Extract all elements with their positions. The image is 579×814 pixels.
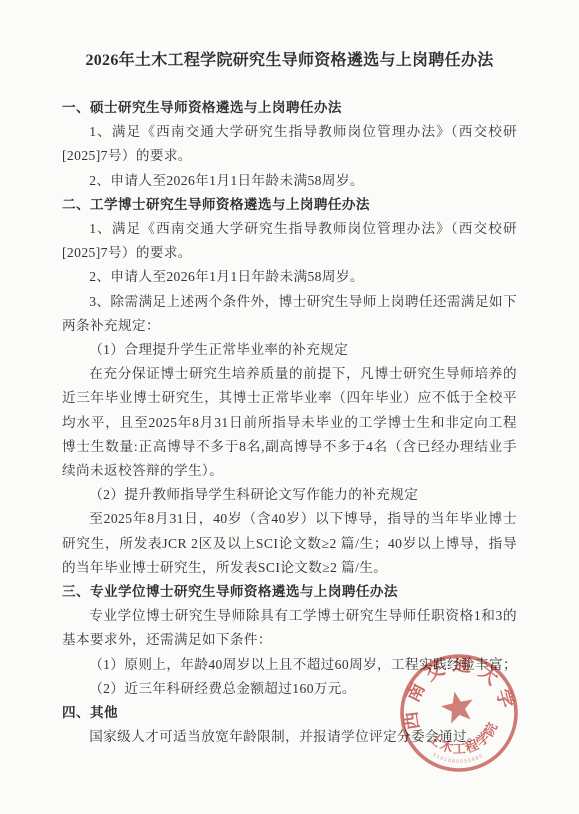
paragraph-2-sub-2-body: 至2025年8月31日，40岁（含40岁）以下博导，指导的当年毕业博士研究生，所… [62,507,517,580]
paragraph-2-sub-1-title: （1）合理提升学生正常毕业率的补充规定 [62,338,517,362]
paragraph-2-item-1: 1、满足《西南交通大学研究生指导教师岗位管理办法》（西交校研[2025]7号）的… [62,217,517,265]
paragraph-1-item-2: 2、申请人至2026年1月1日年龄未满58周岁。 [62,169,517,193]
paragraph-3-body: 专业学位博士研究生导师除具有工学博士研究生导师任职资格1和3的基本要求外，还需满… [62,604,517,652]
section-heading-4: 四、其他 [62,701,517,725]
section-heading-2: 二、工学博士研究生导师资格遴选与上岗聘任办法 [62,193,517,217]
paragraph-3-item-2: （2）近三年科研经费总金额超过160万元。 [62,677,517,701]
paragraph-2-sub-1-body: 在充分保证博士研究生培养质量的前提下，凡博士研究生导师培养的近三年毕业博士研究生… [62,362,517,483]
document-body: 2026年土木工程学院研究生导师资格遴选与上岗聘任办法 一、硕士研究生导师资格遴… [62,50,517,749]
paragraph-2-item-3: 3、除需满足上述两个条件外，博士研究生导师上岗聘任还需满足如下两条补充规定： [62,290,517,338]
paragraph-3-item-1: （1）原则上，年龄40周岁以上且不超过60周岁，工程实践经验丰富； [62,653,517,677]
scanned-document-page: 2026年土木工程学院研究生导师资格遴选与上岗聘任办法 一、硕士研究生导师资格遴… [0,0,579,814]
paragraph-4-body: 国家级人才可适当放宽年龄限制，并报请学位评定分委会通过。 [62,725,517,749]
document-title: 2026年土木工程学院研究生导师资格遴选与上岗聘任办法 [62,50,517,72]
paragraph-1-item-1: 1、满足《西南交通大学研究生指导教师岗位管理办法》（西交校研[2025]7号）的… [62,120,517,168]
section-heading-3: 三、专业学位博士研究生导师资格遴选与上岗聘任办法 [62,580,517,604]
section-heading-1: 一、硕士研究生导师资格遴选与上岗聘任办法 [62,96,517,120]
paragraph-2-sub-2-title: （2）提升教师指导学生科研论文写作能力的补充规定 [62,483,517,507]
paragraph-2-item-2: 2、申请人至2026年1月1日年龄未满58周岁。 [62,265,517,289]
